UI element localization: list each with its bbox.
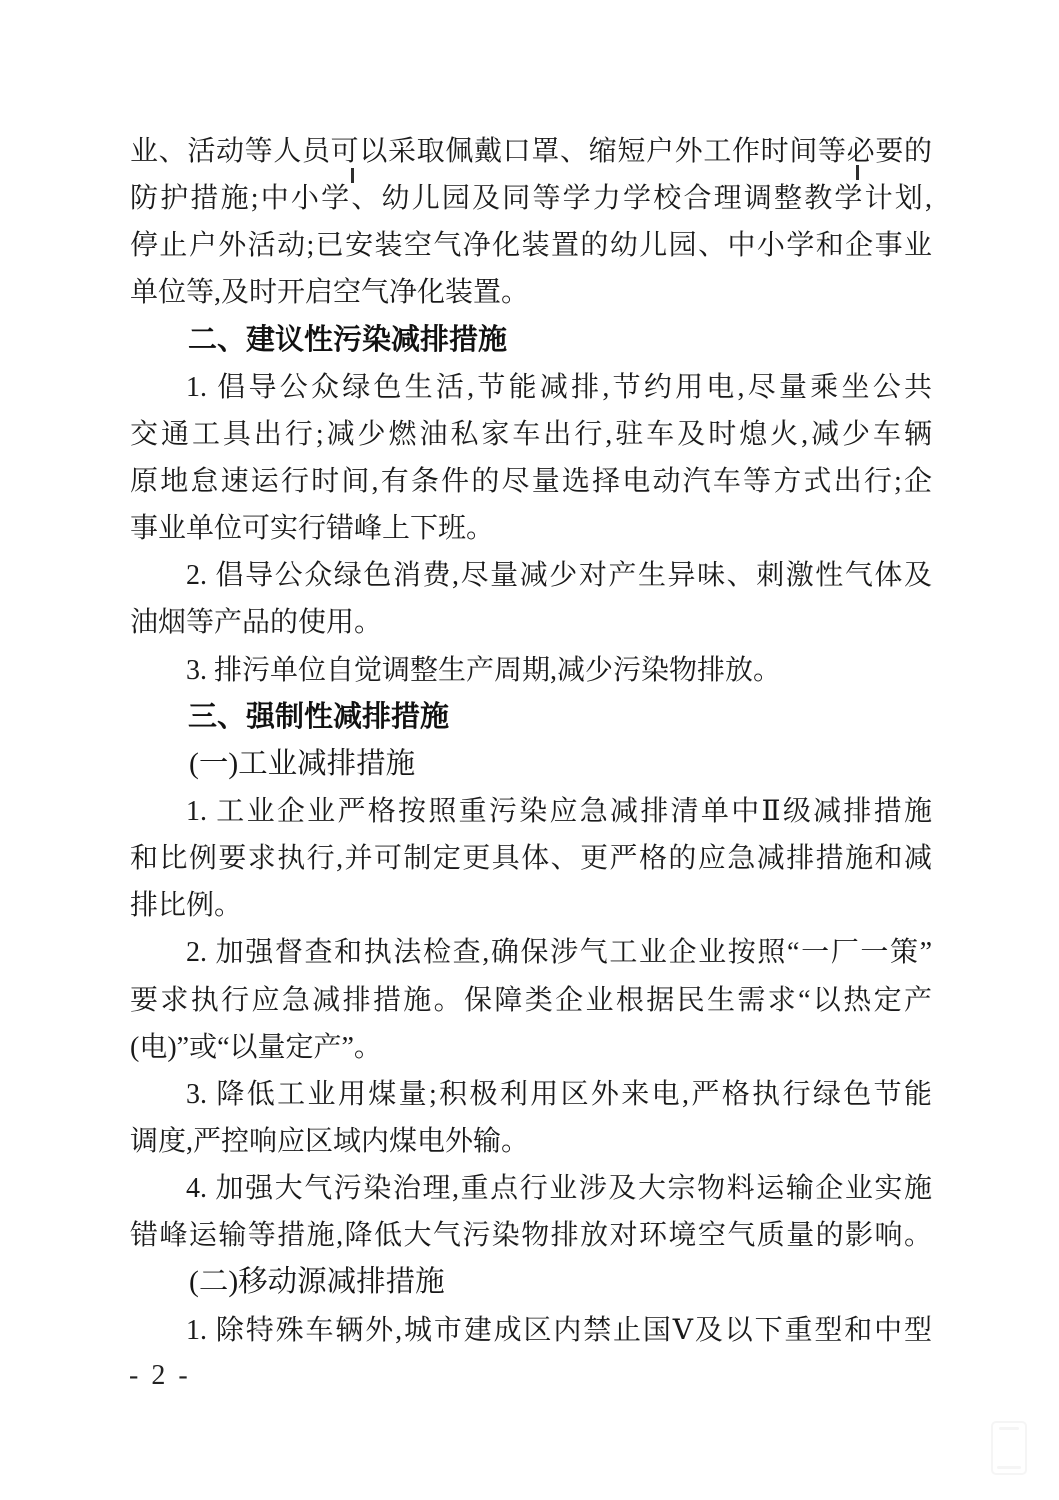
paragraph-line: 要求执行应急减排措施。保障类企业根据民生需求“以热定产 [130,977,932,1024]
paragraph-line: 4. 加强大气污染治理,重点行业涉及大宗物料运输企业实施 [130,1165,932,1212]
paragraph-line: 3. 排污单位自觉调整生产周期,减少污染物排放。 [130,647,932,694]
paragraph-line: 2. 倡导公众绿色消费,尽量减少对产生异味、刺激性气体及 [130,552,932,599]
paragraph-line: 错峰运输等措施,降低大气污染物排放对环境空气质量的影响。 [130,1212,932,1259]
paragraph-line: 3. 降低工业用煤量;积极利用区外来电,严格执行绿色节能 [130,1071,932,1118]
page-number: - 2 - [129,1360,191,1392]
subsection-heading: (二)移动源减排措施 [130,1259,932,1306]
paragraph-line: 单位等,及时开启空气净化装置。 [130,269,932,316]
paragraph-line: 业、活动等人员可以采取佩戴口罩、缩短户外工作时间等必要的 [130,128,932,175]
paragraph-line: 原地怠速运行时间,有条件的尽量选择电动汽车等方式出行;企 [130,458,932,505]
paragraph-line: 1. 工业企业严格按照重污染应急减排清单中Ⅱ级减排措施 [130,788,932,835]
subsection-heading: (一)工业减排措施 [130,741,932,788]
paragraph-line: 1. 倡导公众绿色生活,节能减排,节约用电,尽量乘坐公共 [130,364,932,411]
document-page: 业、活动等人员可以采取佩戴口罩、缩短户外工作时间等必要的防护措施;中小学、幼儿园… [0,0,1059,1500]
phone-watermark-icon [991,1421,1027,1475]
section-heading: 二、建议性污染减排措施 [130,317,932,364]
paragraph-line: 1. 除特殊车辆外,城市建成区内禁止国Ⅴ及以下重型和中型 [130,1307,932,1354]
paragraph-line: 交通工具出行;减少燃油私家车出行,驻车及时熄火,减少车辆 [130,411,932,458]
paragraph-line: 调度,严控响应区域内煤电外输。 [130,1118,932,1165]
paragraph-line: 排比例。 [130,882,932,929]
phone-watermark-speaker [999,1427,1019,1430]
document-lines: 业、活动等人员可以采取佩戴口罩、缩短户外工作时间等必要的防护措施;中小学、幼儿园… [130,128,932,1354]
paragraph-line: 停止户外活动;已安装空气净化装置的幼儿园、中小学和企事业 [130,222,932,269]
scan-artifact-mark [351,168,354,183]
paragraph-line: 油烟等产品的使用。 [130,599,932,646]
scan-artifact-mark [856,165,859,180]
paragraph-line: 2. 加强督查和执法检查,确保涉气工业企业按照“一厂一策” [130,929,932,976]
paragraph-line: 防护措施;中小学、幼儿园及同等学力学校合理调整教学计划, [130,175,932,222]
paragraph-line: (电)”或“以量定产”。 [130,1024,932,1071]
section-heading: 三、强制性减排措施 [130,694,932,741]
paragraph-line: 和比例要求执行,并可制定更具体、更严格的应急减排措施和减 [130,835,932,882]
paragraph-line: 事业单位可实行错峰上下班。 [130,505,932,552]
phone-watermark-home-bar [997,1466,1021,1469]
